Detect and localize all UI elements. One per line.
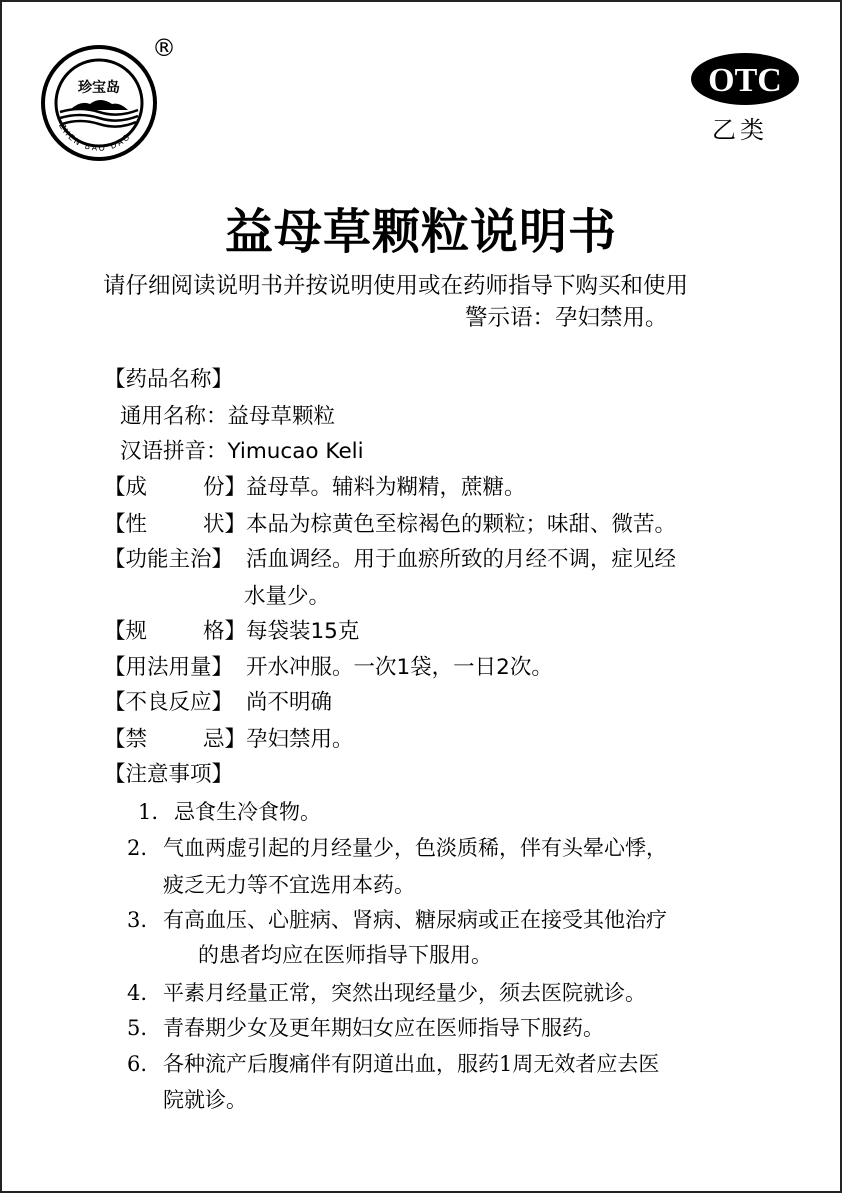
section-drug-name-heading: 【药品名称】 (104, 365, 233, 395)
generic-name-label: 通用名称： (120, 404, 228, 429)
brand-logo-icon: 珍宝岛 ZHEN BAO DAO (40, 44, 158, 162)
usage-advice: 请仔细阅读说明书并按说明使用或在药师指导下购买和使用 (103, 268, 688, 300)
indications-value-line1: 活血调经。用于血瘀所致的月经不调，症见经 (246, 547, 676, 572)
contraindications-value: 孕妇禁用。 (246, 727, 354, 752)
section-description: 【性状】本品为棕黄色至棕褐色的颗粒；味甜、微苦。 (104, 510, 676, 540)
indications-value-line2: 水量少。 (244, 582, 330, 612)
otc-class-label: 乙类 (712, 110, 768, 145)
precaution-item-4: 4.平素月经量正常，突然出现经量少，须去医院就诊。 (127, 978, 646, 1008)
section-specification: 【规格】每袋装15克 (104, 617, 359, 647)
svg-text:OTC: OTC (708, 62, 782, 99)
precaution-item-3-cont: 的患者均应在医师指导下服用。 (198, 940, 492, 970)
warning-text: 警示语：孕妇禁用。 (465, 300, 668, 332)
dosage-value: 开水冲服。一次1袋，一日2次。 (246, 655, 553, 680)
generic-name-row: 通用名称：益母草颗粒 (120, 402, 335, 432)
brand-name-cn: 珍宝岛 (78, 79, 120, 96)
description-value: 本品为棕黄色至棕褐色的颗粒；味甜、微苦。 (246, 512, 676, 537)
page-title: 益母草颗粒说明书 (0, 193, 842, 262)
precaution-item-2: 2.气血两虚引起的月经量少，色淡质稀，伴有头晕心悸， (127, 833, 667, 863)
section-composition: 【成份】益母草。辅料为糊精，蔗糖。 (104, 473, 526, 503)
otc-badge-icon: OTC (690, 52, 800, 106)
adverse-reactions-label: 【不良反应】 (104, 688, 246, 718)
composition-value: 益母草。辅料为糊精，蔗糖。 (246, 475, 526, 500)
generic-name-value: 益母草颗粒 (228, 404, 336, 429)
precaution-item-2-cont: 疲乏无力等不宜选用本药。 (163, 870, 415, 900)
pinyin-value: Yimucao Keli (228, 439, 364, 464)
dosage-label: 【用法用量】 (104, 653, 246, 683)
specification-value: 每袋装15克 (246, 619, 359, 644)
precaution-item-1: 1.忌食生冷食物。 (138, 797, 321, 827)
description-label: 【性状】 (104, 510, 246, 540)
section-contraindications: 【禁忌】孕妇禁用。 (104, 725, 354, 755)
precaution-item-5: 5.青春期少女及更年期妇女应在医师指导下服药。 (127, 1013, 604, 1043)
contraindications-label: 【禁忌】 (104, 725, 246, 755)
precaution-item-3: 3.有高血压、心脏病、肾病、糖尿病或正在接受其他治疗 (127, 905, 667, 935)
composition-label: 【成份】 (104, 473, 246, 503)
precaution-item-6: 6.各种流产后腹痛伴有阴道出血，服药1周无效者应去医 (127, 1049, 659, 1079)
registered-mark: ® (152, 34, 176, 62)
precaution-item-6-cont: 院就诊。 (163, 1085, 247, 1115)
section-precautions-heading: 【注意事项】 (104, 760, 233, 790)
pinyin-label: 汉语拼音： (120, 439, 228, 464)
indications-label: 【功能主治】 (104, 545, 246, 575)
pinyin-row: 汉语拼音：Yimucao Keli (120, 437, 364, 467)
section-indications: 【功能主治】活血调经。用于血瘀所致的月经不调，症见经 (104, 545, 676, 575)
section-adverse-reactions: 【不良反应】尚不明确 (104, 688, 332, 718)
adverse-reactions-value: 尚不明确 (246, 690, 332, 715)
section-dosage: 【用法用量】开水冲服。一次1袋，一日2次。 (104, 653, 553, 683)
specification-label: 【规格】 (104, 617, 246, 647)
